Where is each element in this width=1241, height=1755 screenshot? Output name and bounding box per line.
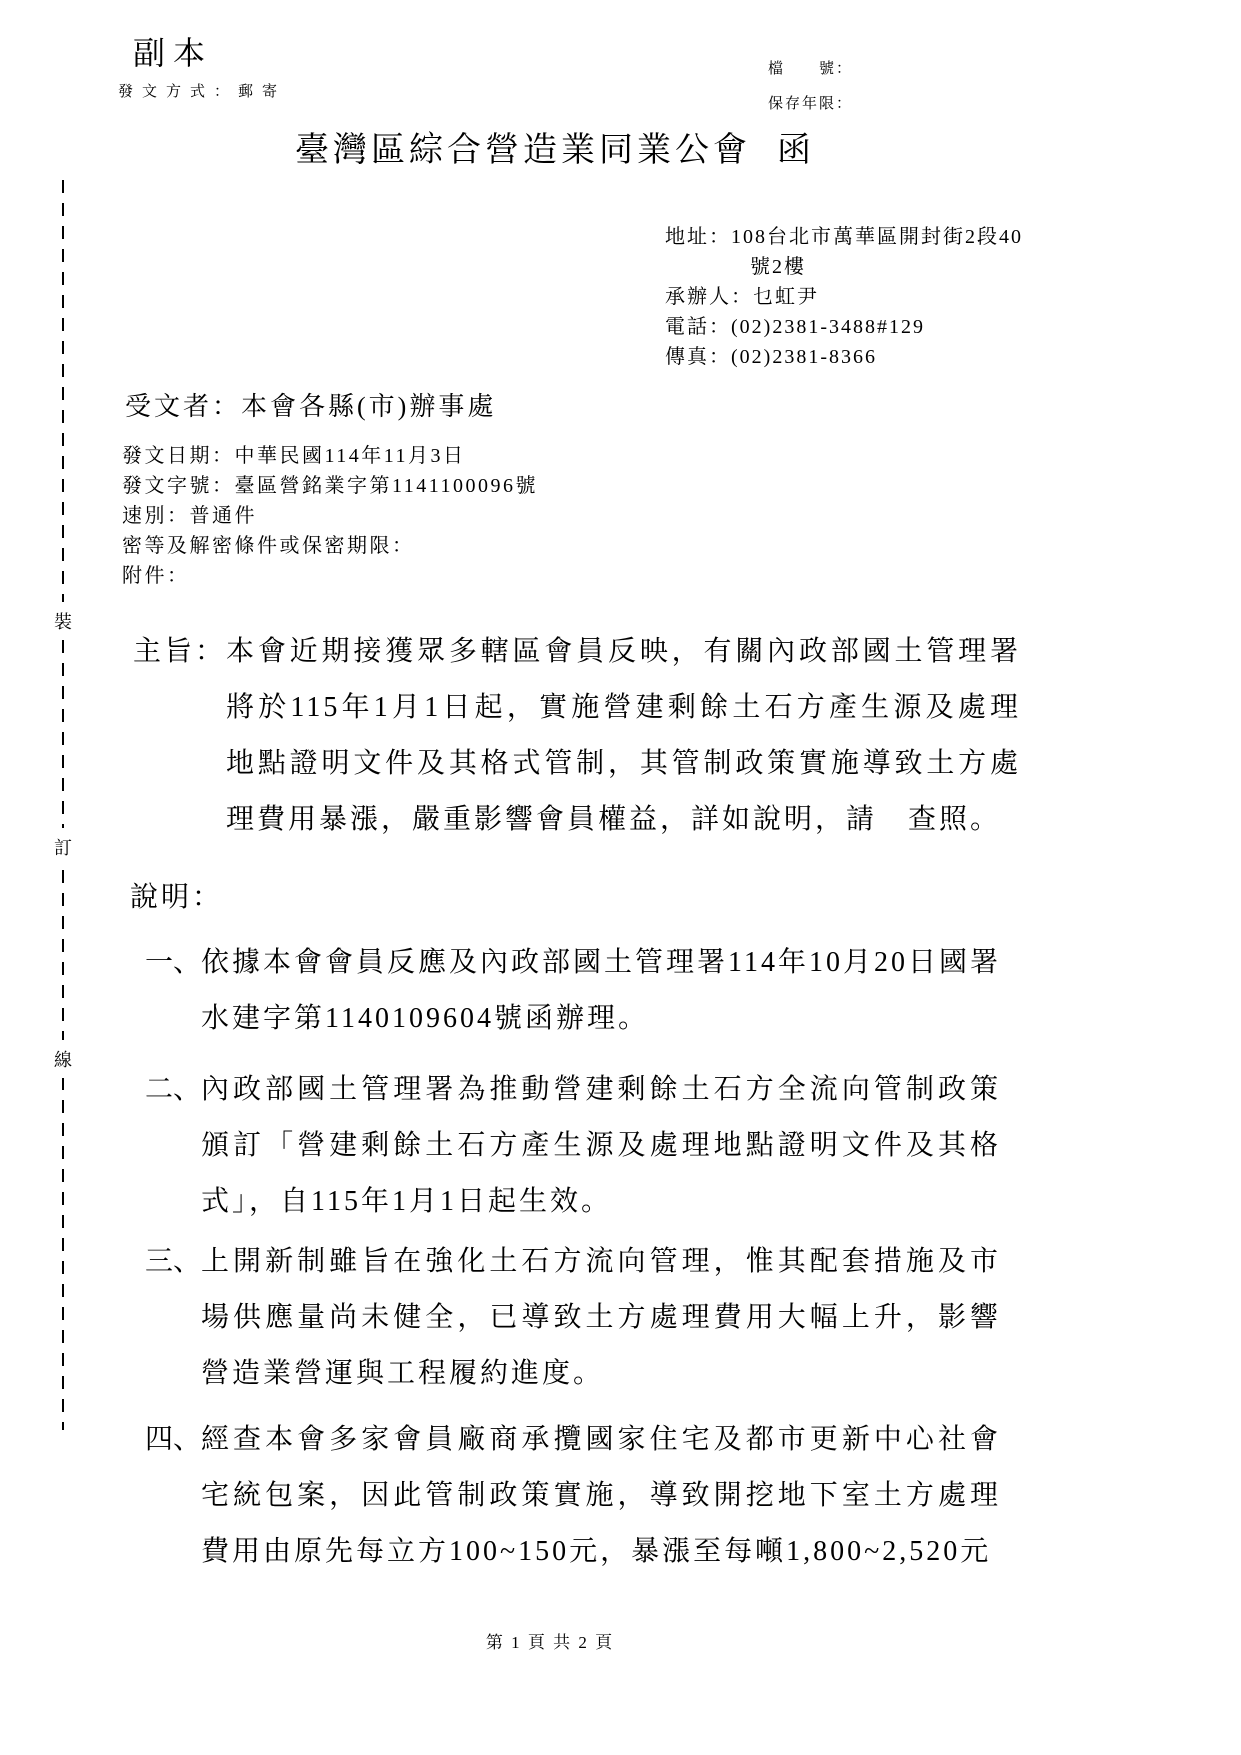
document-type: 函	[777, 132, 815, 169]
recipient-line: 受文者：本會各縣(市)辦事處	[125, 386, 496, 423]
explanation-heading: 說明：	[130, 870, 223, 926]
item-text: 上開新制雖旨在強化土石方流向管理，惟其配套措施及市場供應量尚未健全，已導致土方處…	[201, 1234, 1001, 1402]
retention-label: 保存年限：	[768, 87, 853, 122]
binding-dashed-line	[62, 180, 64, 1430]
document-title: 臺灣區綜合營造業同業公會函	[295, 122, 815, 171]
sender-fax: 傳真：(02)2381-8366	[665, 342, 1023, 372]
copy-label: 副本	[133, 28, 213, 74]
binding-mark-xian: 線	[51, 1040, 75, 1078]
item-number: 三、	[145, 1234, 201, 1402]
file-retention-block: 檔 號： 保存年限：	[768, 52, 853, 122]
subject-section: 主旨： 本會近期接獲眾多轄區會員反映，有關內政部國土管理署將於115年1月1日起…	[133, 624, 1028, 848]
file-number-label: 檔 號：	[768, 52, 853, 87]
sender-address-line1: 地址：108台北市萬華區開封街2段40	[665, 222, 1023, 252]
item-text: 內政部國土管理署為推動營建剩餘土石方全流向管制政策頒訂「營建剩餘土石方產生源及處…	[201, 1062, 1001, 1230]
sender-contact: 承辦人：乜虹尹	[665, 282, 1023, 312]
explanation-item-3: 三、 上開新制雖旨在強化土石方流向管理，惟其配套措施及市場供應量尚未健全，已導致…	[145, 1234, 1001, 1402]
security-grade: 密等及解密條件或保密期限：	[122, 531, 538, 561]
subject-label: 主旨：	[133, 624, 226, 848]
explanation-item-1: 一、 依據本會會員反應及內政部國土管理署114年10月20日國署水建字第1140…	[145, 935, 1001, 1047]
item-text: 經查本會多家會員廠商承攬國家住宅及都市更新中心社會宅統包案，因此管制政策實施，導…	[201, 1412, 1001, 1580]
sender-phone: 電話：(02)2381-3488#129	[665, 312, 1023, 342]
delivery-method-label: 發文方式：郵寄	[118, 80, 286, 101]
issuer-name: 臺灣區綜合營造業同業公會	[295, 132, 751, 169]
item-text: 依據本會會員反應及內政部國土管理署114年10月20日國署水建字第1140109…	[201, 935, 1001, 1047]
subject-text: 本會近期接獲眾多轄區會員反映，有關內政部國土管理署將於115年1月1日起，實施營…	[226, 624, 1021, 848]
attachment-label: 附件：	[122, 561, 538, 591]
binding-mark-zhuang: 裝	[51, 602, 75, 640]
speed-level: 速別：普通件	[122, 501, 538, 531]
item-number: 二、	[145, 1062, 201, 1230]
sender-address-line2: 號2樓	[665, 252, 1023, 282]
item-number: 一、	[145, 935, 201, 1047]
item-number: 四、	[145, 1412, 201, 1580]
page-indicator: 第 1 頁 共 2 頁	[0, 1628, 1100, 1653]
issue-number: 發文字號：臺區營銘業字第1141100096號	[122, 471, 538, 501]
issue-date: 發文日期：中華民國114年11月3日	[122, 441, 538, 471]
binding-mark-ding: 訂	[51, 828, 75, 866]
explanation-item-2: 二、 內政部國土管理署為推動營建剩餘土石方全流向管制政策頒訂「營建剩餘土石方產生…	[145, 1062, 1001, 1230]
document-meta-block: 發文日期：中華民國114年11月3日 發文字號：臺區營銘業字第114110009…	[122, 441, 538, 591]
explanation-item-4: 四、 經查本會多家會員廠商承攬國家住宅及都市更新中心社會宅統包案，因此管制政策實…	[145, 1412, 1001, 1580]
sender-info-block: 地址：108台北市萬華區開封街2段40 號2樓 承辦人：乜虹尹 電話：(02)2…	[665, 222, 1023, 372]
